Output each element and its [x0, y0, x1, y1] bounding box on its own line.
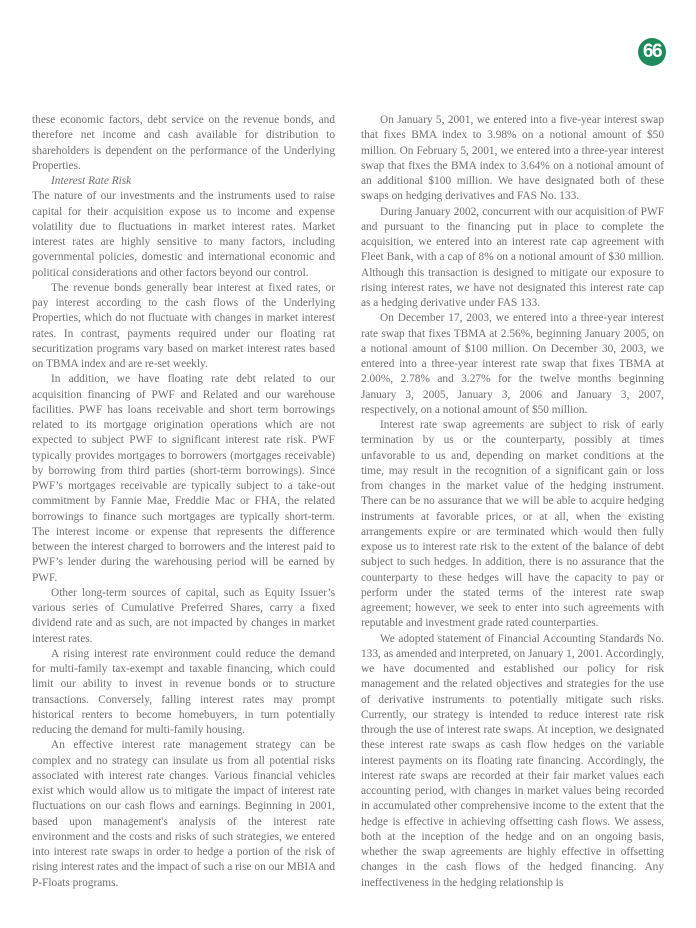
paragraph: Other long-term sources of capital, such…: [32, 586, 335, 647]
intro-paragraph: these economic factors, debt service on …: [32, 113, 335, 174]
paragraph: Interest rate swap agreements are subjec…: [361, 418, 664, 632]
right-column: On January 5, 2001, we entered into a fi…: [361, 113, 664, 891]
paragraph: The revenue bonds generally bear interes…: [32, 281, 335, 373]
paragraph: In addition, we have floating rate debt …: [32, 372, 335, 586]
paragraph: On January 5, 2001, we entered into a fi…: [361, 113, 664, 205]
left-column: these economic factors, debt service on …: [32, 113, 335, 891]
page-number-badge: 66: [638, 38, 666, 66]
paragraph: We adopted statement of Financial Accoun…: [361, 632, 664, 891]
paragraph: A rising interest rate environment could…: [32, 647, 335, 739]
paragraph: On December 17, 2003, we entered into a …: [361, 311, 664, 418]
paragraph: The nature of our investments and the in…: [32, 189, 335, 281]
section-heading-interest-rate-risk: Interest Rate Risk: [32, 174, 335, 189]
paragraph: During January 2002, concurrent with our…: [361, 205, 664, 312]
paragraph: An effective interest rate management st…: [32, 738, 335, 891]
